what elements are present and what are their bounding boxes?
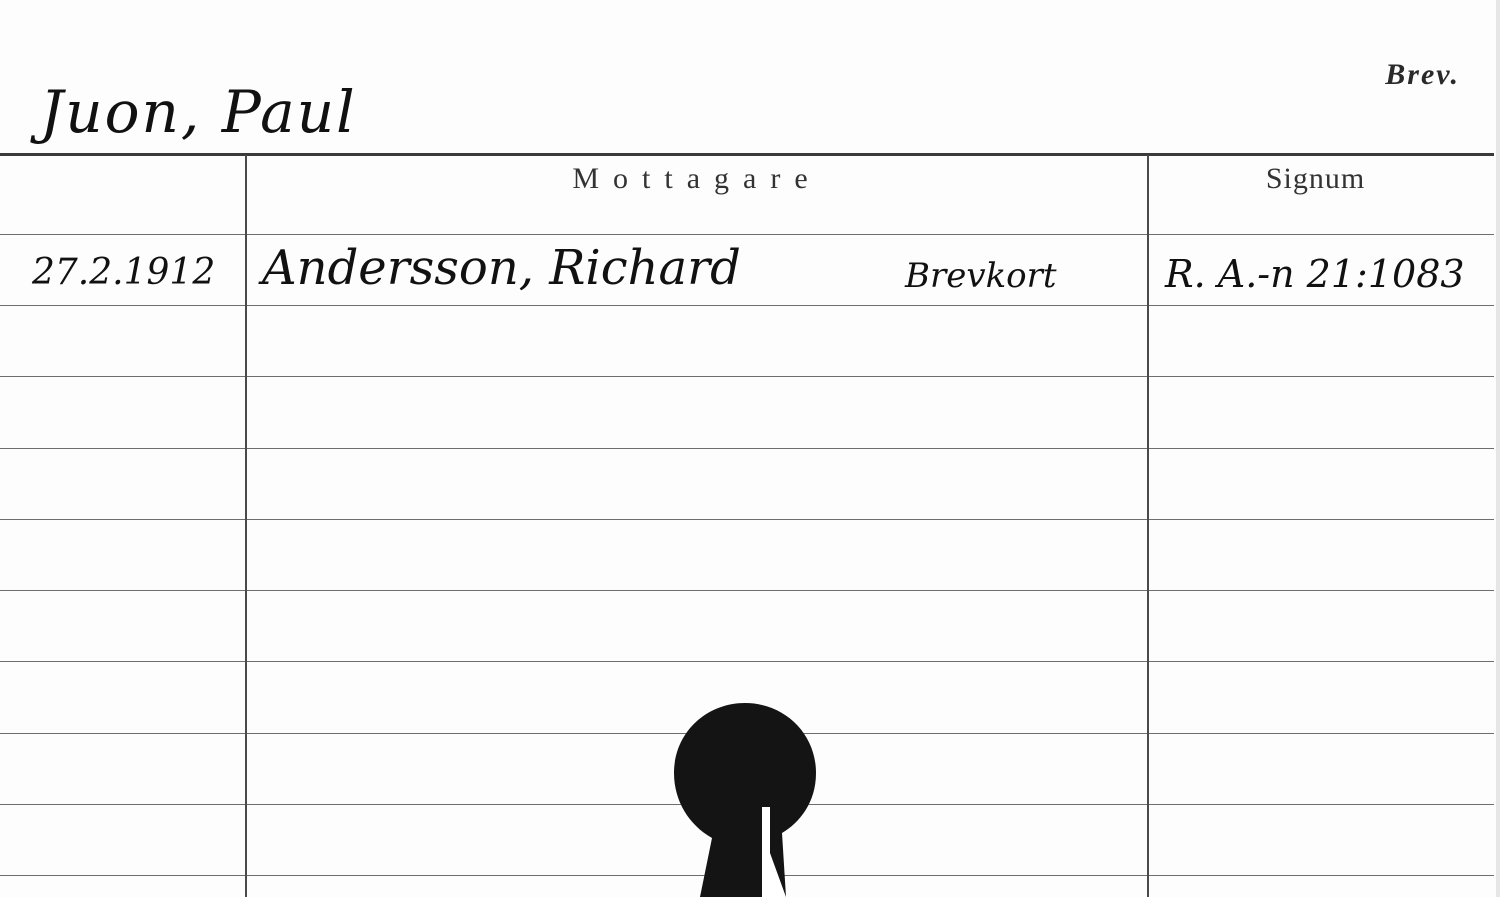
archive-index-card: Brev. Juon, Paul Mottagare Signum 27.2.1… <box>0 0 1500 897</box>
row-rule <box>0 234 1494 235</box>
row-rule <box>0 305 1494 306</box>
entry-date: 27.2.1912 <box>32 252 215 293</box>
header-rule <box>0 153 1494 156</box>
name-heading: Juon, Paul <box>40 78 357 146</box>
card-edge <box>1496 0 1500 897</box>
row-rule <box>0 448 1494 449</box>
column-header-recipient: Mottagare <box>246 162 1148 196</box>
entry-signum: R. A.-n 21:1083 <box>1165 252 1465 296</box>
entry-recipient: Andersson, Richard <box>262 240 741 296</box>
row-rule <box>0 519 1494 520</box>
row-rule <box>0 376 1494 377</box>
row-rule <box>0 661 1494 662</box>
column-header-signum: Signum <box>1148 162 1483 196</box>
column-rule-date <box>245 155 247 897</box>
column-rule-signum <box>1147 155 1149 897</box>
card-type-label: Brev. <box>1385 58 1460 92</box>
entry-note: Brevkort <box>905 256 1057 296</box>
row-rule <box>0 590 1494 591</box>
keyhole-punch-icon <box>674 703 816 897</box>
